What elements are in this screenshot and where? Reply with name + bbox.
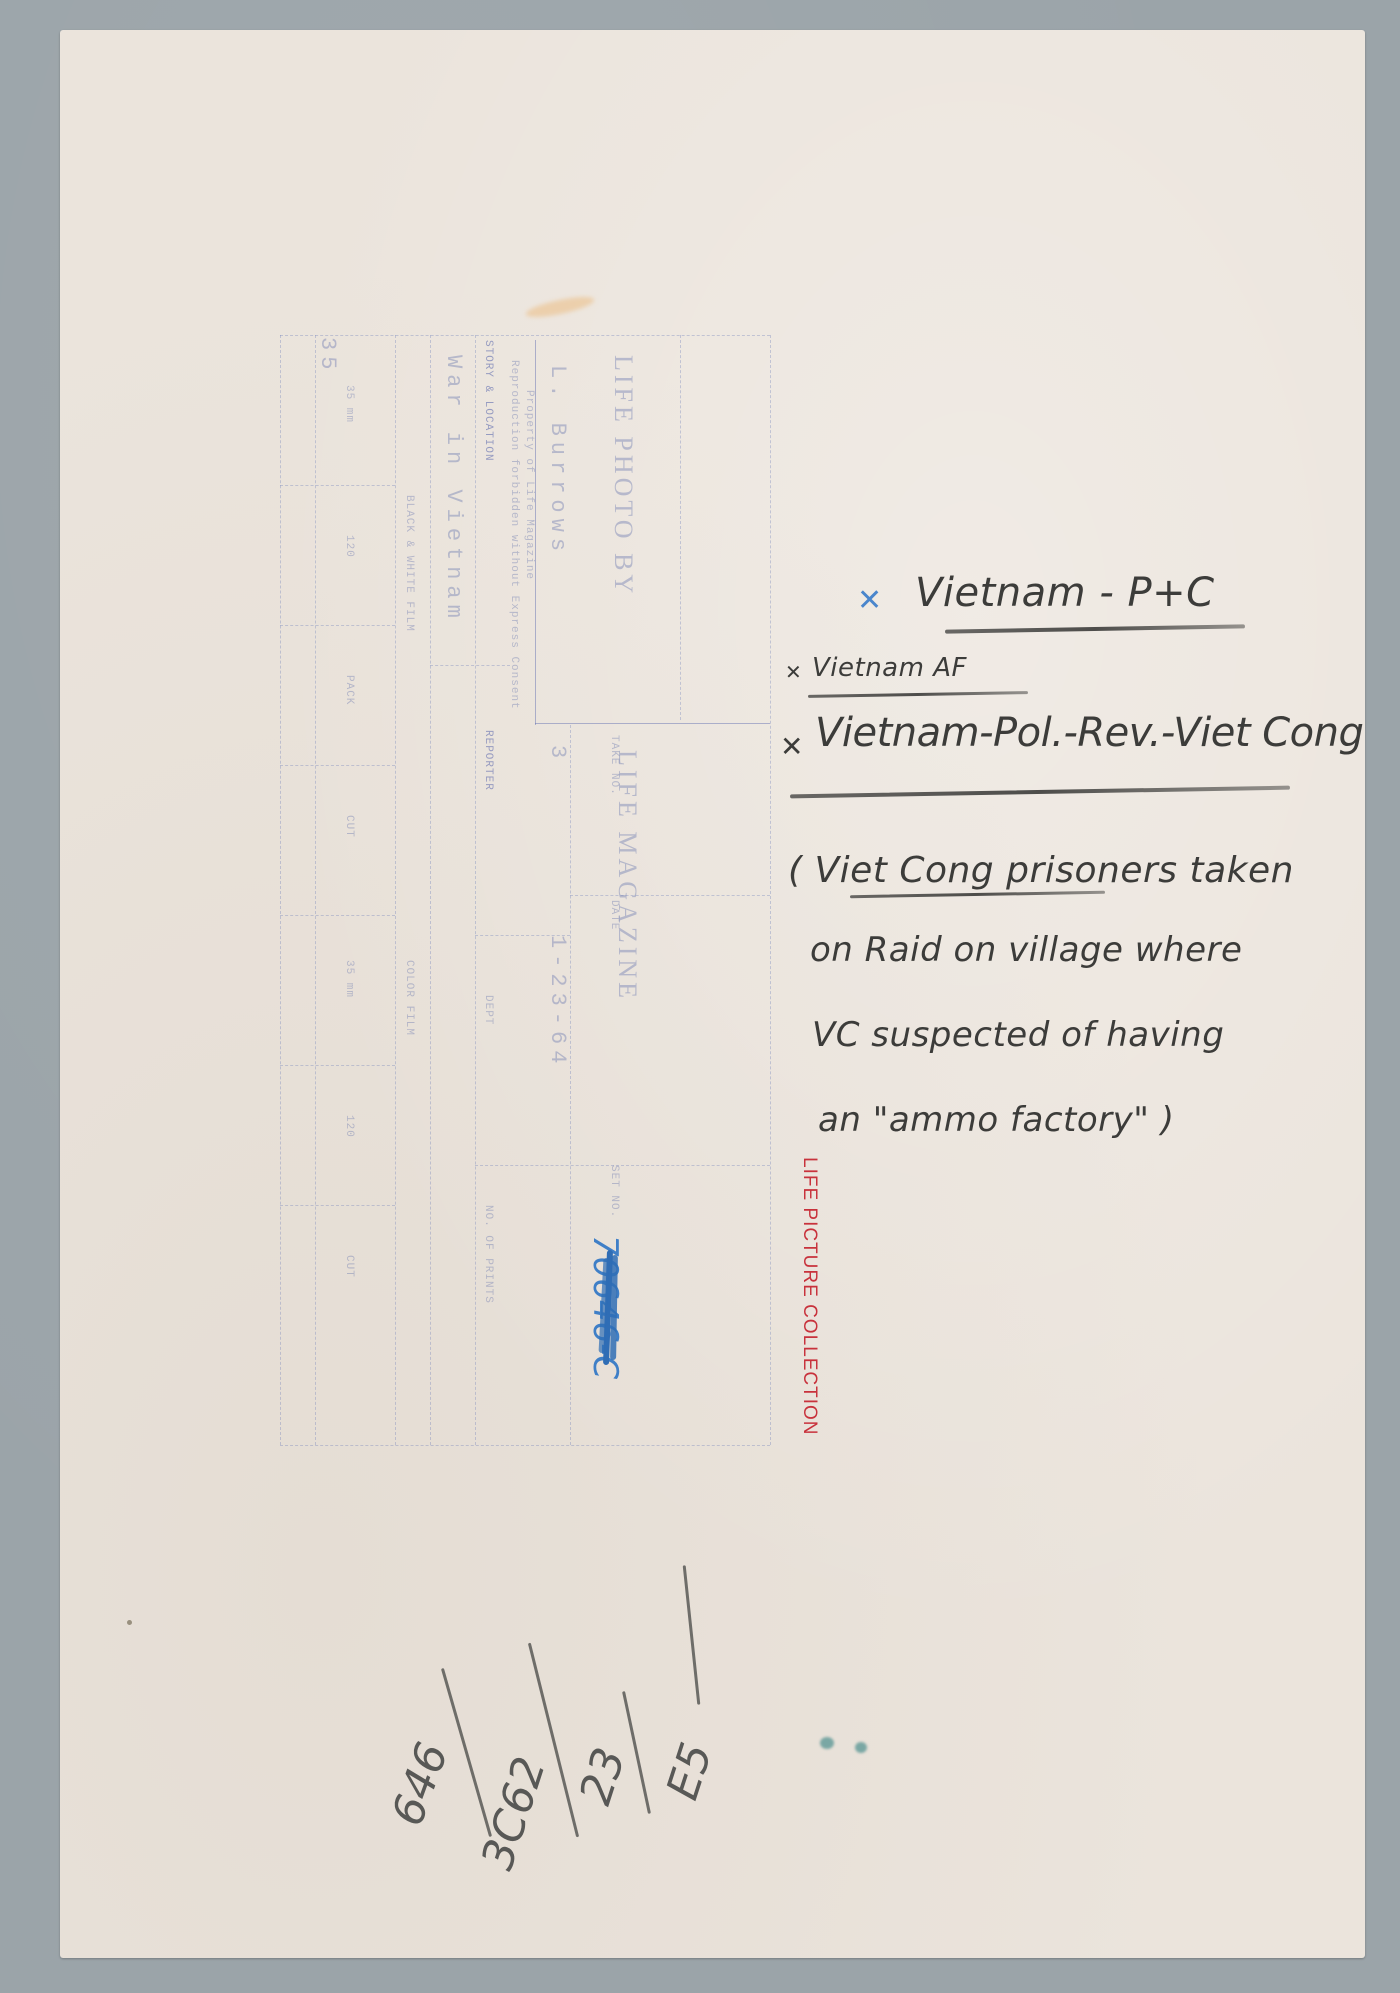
stamp-story-value: War in Vietnam [441, 355, 466, 624]
stain-mark [524, 293, 595, 321]
caption-line-2: on Raid on village where [810, 930, 1242, 970]
index-heading-2: Vietnam AF [812, 653, 967, 683]
stamp-property-1: Property of Life Magazine [523, 390, 535, 580]
pencil-code-a: 646 [382, 1736, 459, 1832]
stamp-bw-col-pack: PACK [343, 675, 355, 705]
caption-line-3: VC suspected of having [812, 1015, 1224, 1055]
life-picture-collection-stamp: LIFE PICTURE COLLECTION [798, 1157, 820, 1436]
x-mark-icon: ✕ [780, 730, 803, 763]
index-heading-1: Vietnam - P+C [915, 570, 1215, 616]
heading-1-underline [945, 624, 1245, 633]
stamp-bw-35-value: 35 [315, 337, 340, 375]
stamp-bw-col-cut: CUT [343, 815, 355, 838]
caption-line-1: ( Viet Cong prisoners taken [788, 850, 1294, 891]
stamp-color-film-label: COLOR FILM [403, 960, 415, 1036]
stamp-reporter-label: REPORTER [482, 730, 494, 791]
stamp-color-col-35mm: 35 mm [343, 960, 355, 998]
stamp-color-col-cut: CUT [343, 1255, 355, 1278]
stamp-color-col-120: 120 [343, 1115, 355, 1138]
heading-2-underline [808, 691, 1028, 698]
stamp-bw-film-label: BLACK & WHITE FILM [403, 495, 415, 632]
teal-dot-2 [855, 1742, 867, 1753]
stamp-story-label: STORY & LOCATION [482, 340, 494, 462]
index-heading-3: Vietnam-Pol.-Rev.-Viet Cong [815, 710, 1363, 756]
stamp-prints-label: NO. OF PRINTS [482, 1205, 494, 1304]
caption-line-4: an "ammo factory" ) [818, 1100, 1174, 1140]
stamp-take-label: TAKE NO. [608, 735, 620, 796]
blue-x-mark-icon: ✕ [857, 583, 882, 618]
caption-underline [850, 891, 1105, 898]
pencil-code-c: 23 [570, 1742, 636, 1811]
heading-3-underline [790, 786, 1290, 799]
stamp-header: LIFE PHOTO BY [608, 355, 638, 597]
stamp-photographer: L. Burrows [545, 365, 570, 557]
stamp-property-2: Reproduction forbidden without Express C… [508, 360, 520, 710]
stamp-bw-col-35mm: 35 mm [343, 385, 355, 423]
pencil-divider-3 [622, 1691, 651, 1814]
x-mark-icon: ✕ [785, 660, 802, 684]
stamp-bw-col-120: 120 [343, 535, 355, 558]
pencil-code-d: E5 [657, 1737, 723, 1806]
stamp-take-value: 3 [545, 745, 570, 764]
speck-mark [127, 1620, 132, 1625]
stamp-dept-label: DEPT [482, 995, 494, 1025]
pencil-divider-4 [683, 1565, 701, 1705]
teal-dot-1 [820, 1737, 834, 1749]
stamp-date-value: 1-23-64 [545, 935, 570, 1069]
photo-verso-paper: LIFE PHOTO BY LIFE MAGAZINE L. Burrows P… [60, 30, 1365, 1958]
stamp-set-label: SET NO. [608, 1165, 620, 1218]
stamp-date-label: DATE [608, 900, 620, 930]
life-photo-stamp: LIFE PHOTO BY LIFE MAGAZINE L. Burrows P… [280, 335, 770, 1445]
